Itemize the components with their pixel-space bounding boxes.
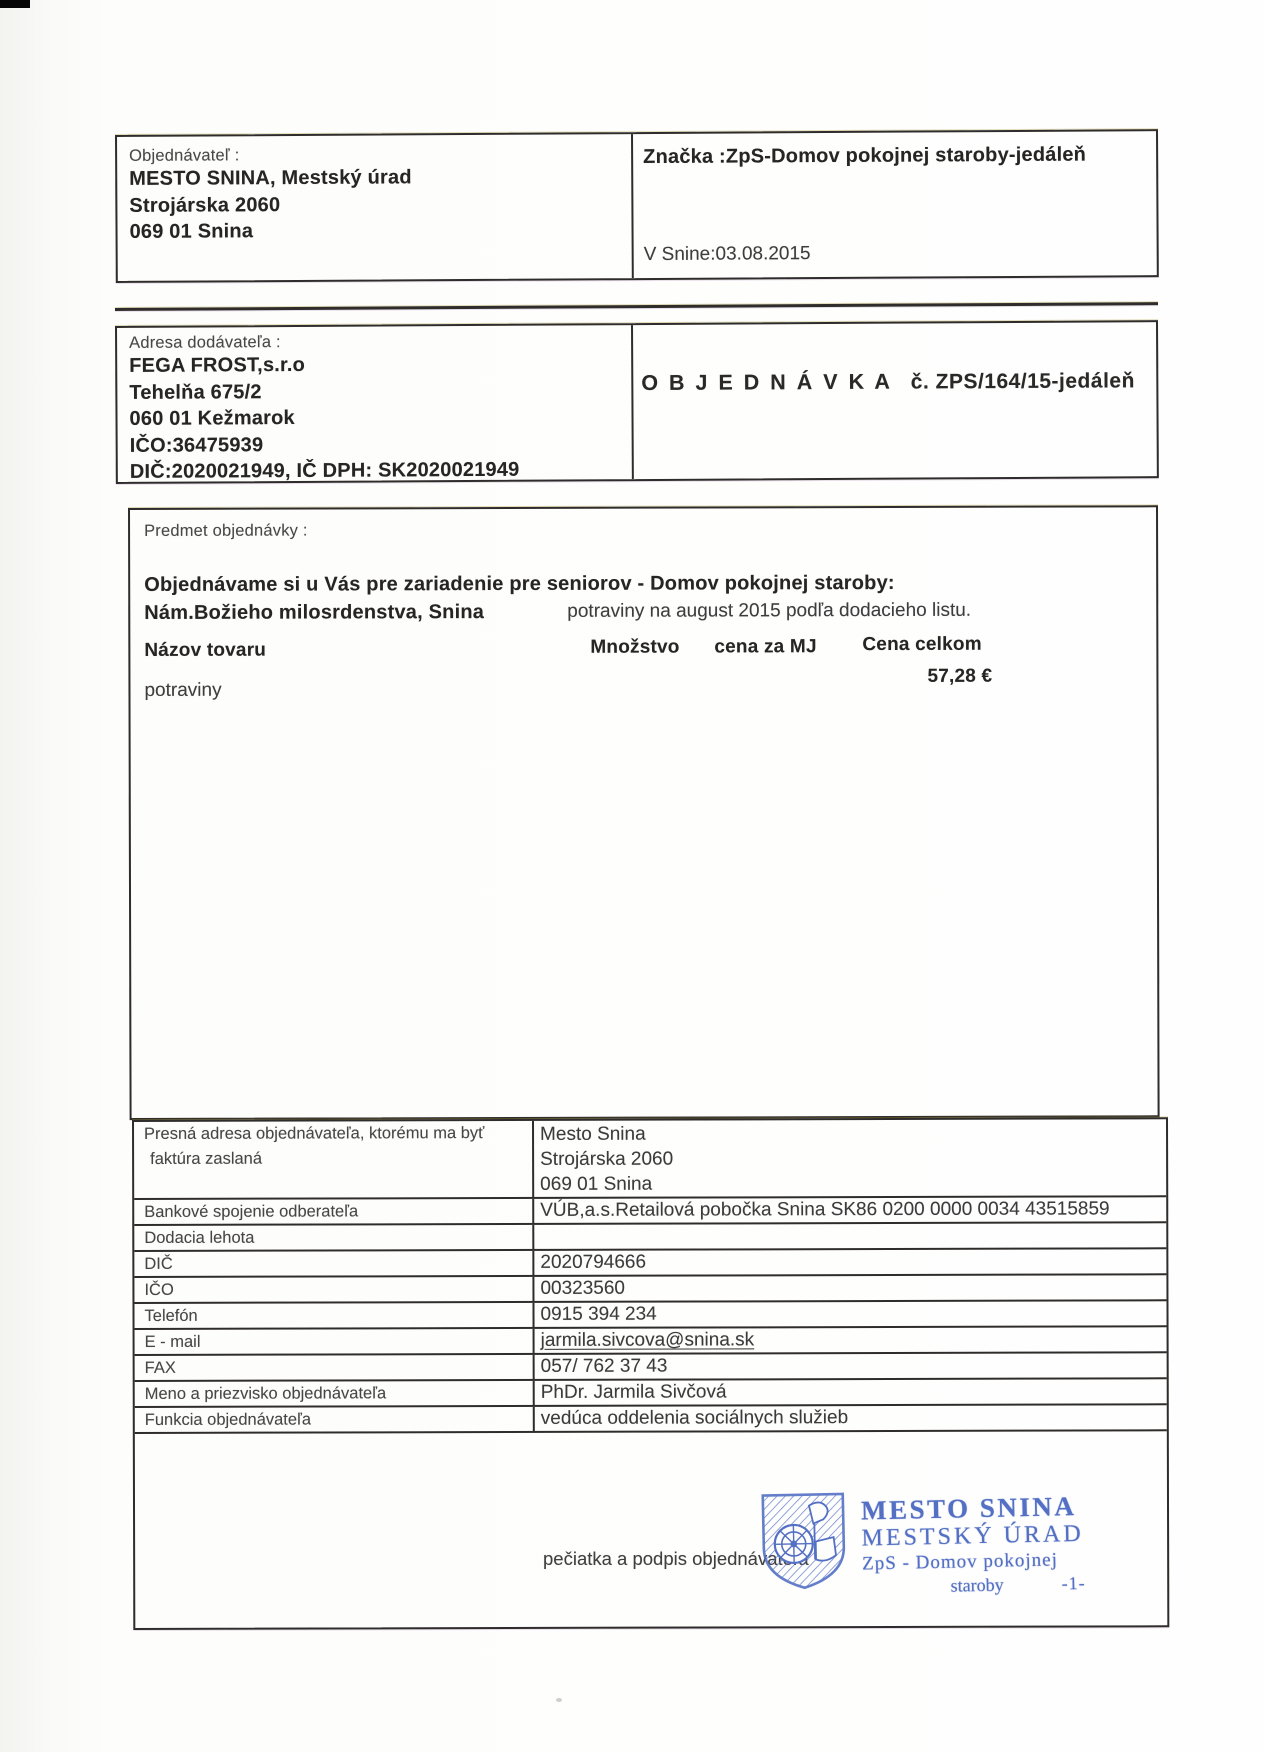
subject-intro-line2-text: potraviny na august 2015 podľa dodacieho… — [567, 600, 971, 623]
municipal-stamp: MESTO SNINA MESTSKÝ ÚRAD ZpS - Domov pok… — [757, 1481, 1210, 1625]
row-label: IČO — [134, 1277, 534, 1302]
stamp-department-line1: ZpS - Domov pokojnej — [862, 1548, 1085, 1577]
row-value: Mesto Snina Strojárska 2060 069 01 Snina — [534, 1119, 1166, 1197]
column-header-item: Názov tovaru — [144, 638, 266, 665]
table-row-delivery-term: Dodacia lehota — [134, 1223, 1166, 1252]
supplier-order-box: Adresa dodávateľa : FEGA FROST,s.r.o Teh… — [115, 320, 1159, 484]
row-label: E - mail — [135, 1329, 535, 1354]
supplier-city: 060 01 Kežmarok — [129, 403, 623, 432]
table-row-email: E - mail jarmila.sivcova@snina.sk — [135, 1327, 1167, 1356]
row-label: Bankové spojenie odberateľa — [134, 1199, 534, 1224]
order-number: č. ZPS/164/15-jedáleň — [911, 369, 1135, 393]
supplier-dic: DIČ:2020021949, IČ DPH: SK2020021949 — [130, 456, 624, 485]
row-label: Funkcia objednávateľa — [135, 1407, 535, 1432]
column-header-quantity: Množstvo — [590, 635, 679, 662]
item-name: potraviny — [144, 680, 221, 702]
order-subject-box: Predmet objednávky : Objednávame si u Vá… — [128, 505, 1160, 1120]
table-row-invoice-address: Presná adresa objednávateľa, ktorému ma … — [134, 1119, 1166, 1200]
scanned-order-document: Objednávateľ : MESTO SNINA, Mestský úrad… — [0, 0, 1264, 1752]
place-and-date: V Snine:03.08.2015 — [644, 241, 1149, 266]
supplier-name: FEGA FROST,s.r.o — [129, 350, 623, 379]
table-row-dic: DIČ 2020794666 — [134, 1249, 1166, 1278]
invoice-address-street: Strojárska 2060 — [540, 1145, 1158, 1172]
subject-intro-line2-bold: Nám.Božieho milosrdenstva, Snina — [144, 599, 484, 626]
dic-value: 2020794666 — [534, 1249, 1166, 1275]
order-title-cell: O B J E D N Á V K A č. ZPS/164/15-jedále… — [633, 322, 1157, 479]
table-row-ico: IČO 00323560 — [134, 1275, 1166, 1304]
stamp-department-word: staroby — [950, 1574, 1003, 1597]
reference-mark: Značka :ZpS-Domov pokojnej staroby-jedál… — [643, 141, 1148, 170]
stamp-department-line2: staroby -1- — [862, 1572, 1085, 1599]
ico-value: 00323560 — [534, 1275, 1166, 1301]
stamp-city-name: MESTO SNINA — [861, 1492, 1085, 1526]
table-row-phone: Telefón 0915 394 234 — [134, 1301, 1166, 1330]
delivery-term-value — [534, 1223, 1166, 1249]
orderer-function-value: vedúca oddelenia sociálnych služieb — [535, 1405, 1167, 1431]
phone-value: 0915 394 234 — [534, 1301, 1166, 1327]
customer-name: MESTO SNINA, Mestský úrad — [129, 163, 623, 192]
table-row-orderer-function: Funkcia objednávateľa vedúca oddelenia s… — [135, 1405, 1167, 1434]
email-value: jarmila.sivcova@snina.sk — [535, 1327, 1167, 1353]
item-total-price: 57,28 € — [927, 664, 992, 691]
order-title: O B J E D N Á V K A — [641, 370, 892, 395]
reference-cell: Značka :ZpS-Domov pokojnej staroby-jedál… — [633, 131, 1157, 278]
invoice-address-name: Mesto Snina — [540, 1120, 1158, 1147]
column-header-total-price: Cena celkom — [862, 632, 981, 659]
customer-street: Strojárska 2060 — [129, 190, 623, 219]
table-row-bank: Bankové spojenie odberateľa VÚB,a.s.Reta… — [134, 1197, 1166, 1226]
fax-value: 057/ 762 37 43 — [535, 1353, 1167, 1379]
row-label-line2: faktúra zaslaná — [144, 1149, 524, 1169]
row-label: Presná adresa objednávateľa, ktorému ma … — [134, 1121, 534, 1198]
invoice-address-city: 069 01 Snina — [540, 1170, 1158, 1197]
column-header-unit-price: cena za MJ — [714, 634, 816, 661]
stamp-page-mark: -1- — [1061, 1572, 1085, 1594]
subject-intro-line1: Objednávame si u Vás pre zariadenie pre … — [144, 570, 895, 598]
row-label: Dodacia lehota — [134, 1225, 534, 1250]
bank-account-value: VÚB,a.s.Retailová pobočka Snina SK86 020… — [534, 1197, 1166, 1223]
row-label: Meno a priezvisko objednávateľa — [135, 1381, 535, 1406]
city-coat-of-arms-icon — [757, 1489, 851, 1595]
table-row-orderer-name: Meno a priezvisko objednávateľa PhDr. Ja… — [135, 1379, 1167, 1408]
customer-city: 069 01 Snina — [129, 216, 623, 245]
row-label: FAX — [135, 1355, 535, 1380]
stamp-text-block: MESTO SNINA MESTSKÝ ÚRAD ZpS - Domov pok… — [861, 1484, 1087, 1624]
row-label: Telefón — [134, 1303, 534, 1328]
customer-cell: Objednávateľ : MESTO SNINA, Mestský úrad… — [117, 134, 634, 281]
row-label: DIČ — [134, 1251, 534, 1276]
subject-label: Predmet objednávky : — [144, 522, 308, 541]
scan-corner-artifact — [0, 0, 30, 8]
supplier-cell: Adresa dodávateľa : FEGA FROST,s.r.o Teh… — [117, 325, 634, 482]
supplier-street: Tehelňa 675/2 — [129, 377, 623, 406]
row-label-line1: Presná adresa objednávateľa, ktorému ma … — [144, 1124, 524, 1144]
customer-reference-box: Objednávateľ : MESTO SNINA, Mestský úrad… — [115, 129, 1159, 283]
section-separator-line — [115, 302, 1158, 311]
scan-smudge-artifact — [556, 1698, 562, 1702]
supplier-ico: IČO:36475939 — [130, 430, 624, 459]
orderer-name-value: PhDr. Jarmila Sivčová — [535, 1379, 1167, 1405]
table-row-fax: FAX 057/ 762 37 43 — [135, 1353, 1167, 1382]
